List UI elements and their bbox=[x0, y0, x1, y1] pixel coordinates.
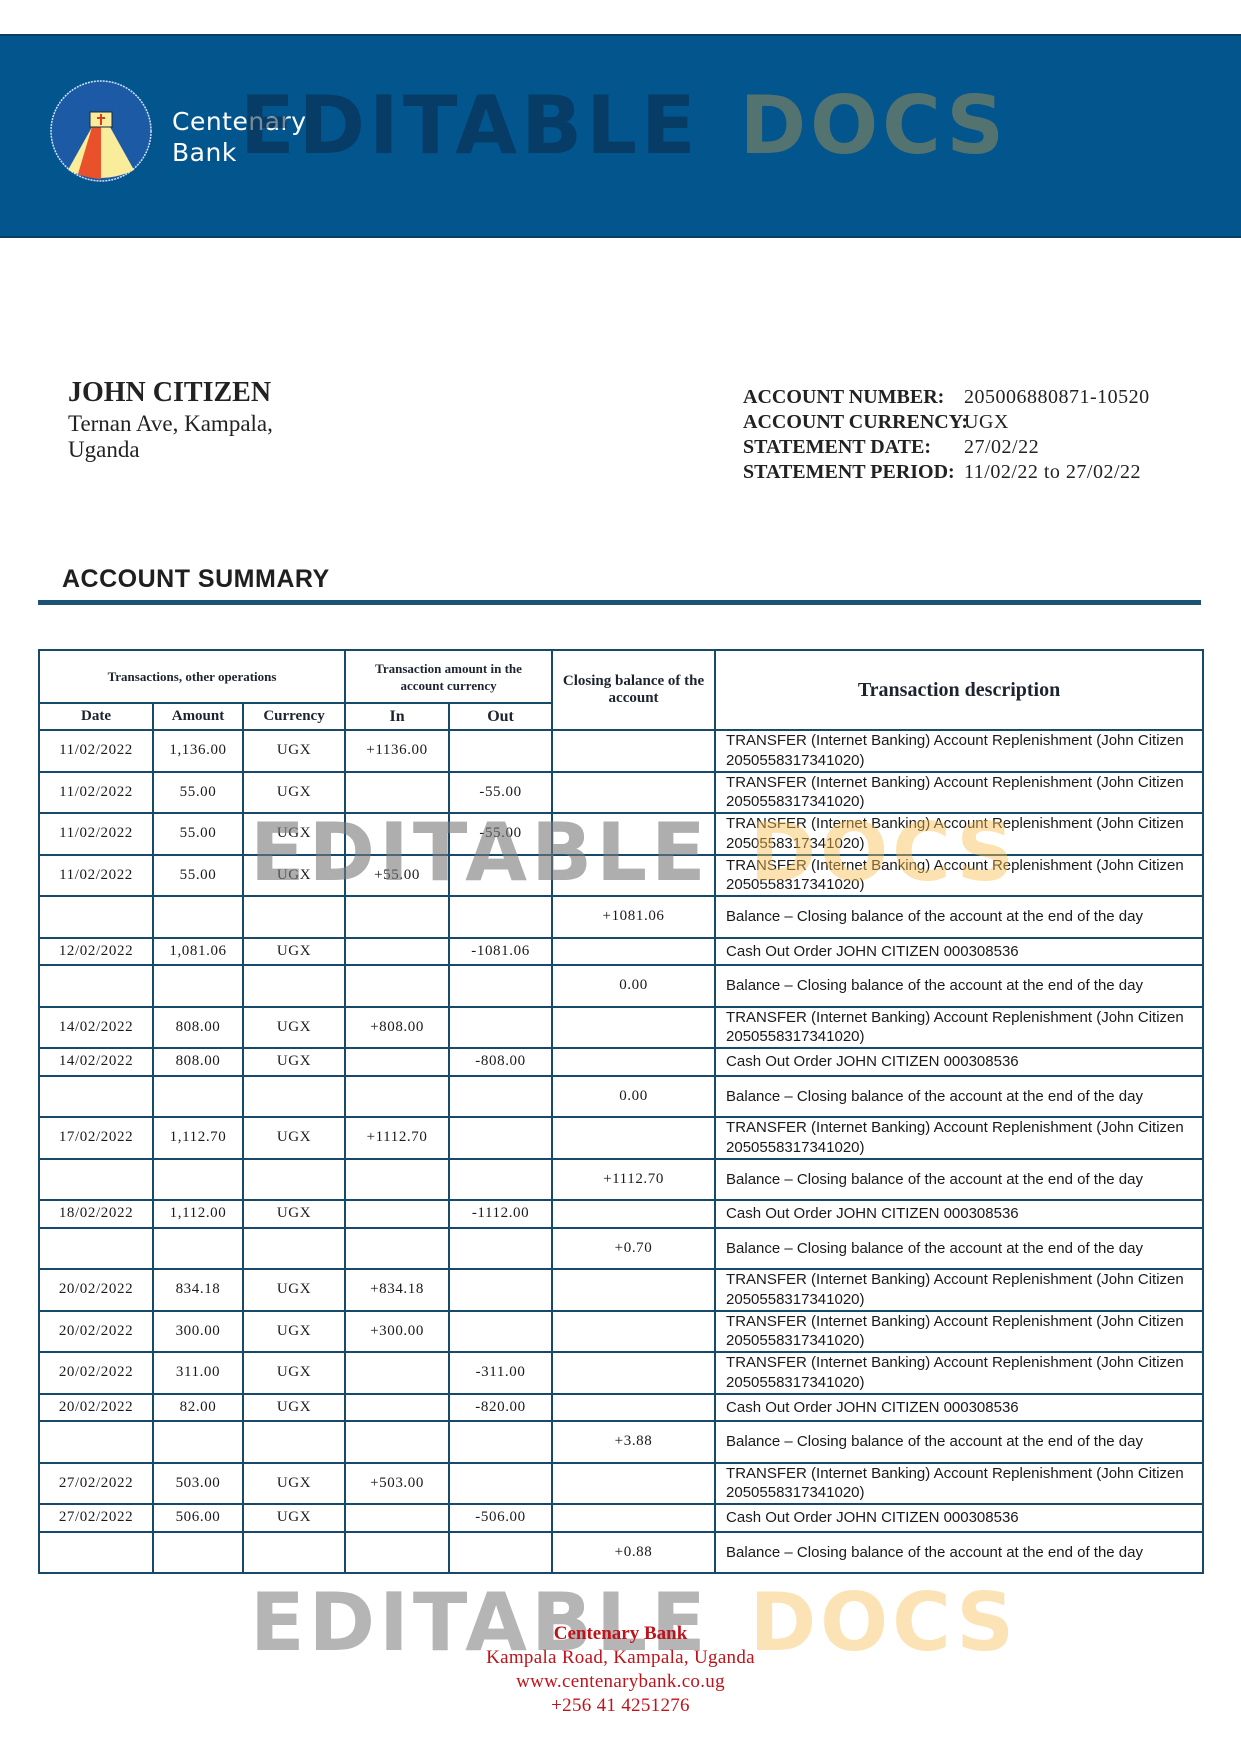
cell-out bbox=[449, 896, 552, 938]
cell-currency bbox=[243, 1159, 345, 1201]
cell-description: TRANSFER (Internet Banking) Account Repl… bbox=[715, 1007, 1203, 1049]
cell-out bbox=[449, 965, 552, 1007]
table-header-row-1: Transactions, other operations Transacti… bbox=[39, 650, 1203, 703]
cell-description: Cash Out Order JOHN CITIZEN 000308536 bbox=[715, 938, 1203, 966]
cell-out bbox=[449, 730, 552, 772]
cell-out bbox=[449, 1311, 552, 1353]
cell-in bbox=[345, 813, 449, 855]
cell-amount: 808.00 bbox=[153, 1007, 243, 1049]
cell-closing: +0.88 bbox=[552, 1532, 715, 1574]
cell-closing bbox=[552, 1504, 715, 1532]
statement-date-value: 27/02/22 bbox=[964, 435, 1039, 460]
cell-currency: UGX bbox=[243, 730, 345, 772]
cell-closing bbox=[552, 1048, 715, 1076]
cell-in bbox=[345, 896, 449, 938]
cell-date bbox=[39, 1076, 153, 1118]
header-description: Transaction description bbox=[715, 650, 1203, 730]
cell-out: -1081.06 bbox=[449, 938, 552, 966]
table-row: 11/02/20221,136.00UGX+1136.00TRANSFER (I… bbox=[39, 730, 1203, 772]
table-row: +1081.06Balance – Closing balance of the… bbox=[39, 896, 1203, 938]
header-out: Out bbox=[449, 703, 552, 730]
cell-in: +834.18 bbox=[345, 1269, 449, 1311]
cell-out: -55.00 bbox=[449, 813, 552, 855]
cell-date: 12/02/2022 bbox=[39, 938, 153, 966]
watermark-word-1: EDITABLE bbox=[240, 79, 700, 172]
cell-amount bbox=[153, 1421, 243, 1463]
cell-date bbox=[39, 1228, 153, 1270]
cell-amount bbox=[153, 965, 243, 1007]
account-details: ACCOUNT NUMBER: 205006880871-10520 ACCOU… bbox=[743, 385, 1150, 485]
cell-amount: 55.00 bbox=[153, 813, 243, 855]
footer-bank-name: Centenary Bank bbox=[0, 1622, 1241, 1646]
cell-out bbox=[449, 1532, 552, 1574]
cell-out bbox=[449, 855, 552, 897]
transactions-body: 11/02/20221,136.00UGX+1136.00TRANSFER (I… bbox=[39, 730, 1203, 1573]
cell-description: TRANSFER (Internet Banking) Account Repl… bbox=[715, 1311, 1203, 1353]
table-row: 14/02/2022808.00UGX+808.00TRANSFER (Inte… bbox=[39, 1007, 1203, 1049]
cell-out: -55.00 bbox=[449, 772, 552, 814]
footer-phone: +256 41 4251276 bbox=[0, 1694, 1241, 1718]
account-currency-label: ACCOUNT CURRENCY: bbox=[743, 410, 964, 435]
table-row: 18/02/20221,112.00UGX-1112.00Cash Out Or… bbox=[39, 1200, 1203, 1228]
statement-period-label: STATEMENT PERIOD: bbox=[743, 460, 964, 485]
cell-currency: UGX bbox=[243, 1504, 345, 1532]
cell-currency: UGX bbox=[243, 1394, 345, 1422]
statement-period-row: STATEMENT PERIOD: 11/02/22 to 27/02/22 bbox=[743, 460, 1150, 485]
cell-amount: 1,081.06 bbox=[153, 938, 243, 966]
cell-out bbox=[449, 1421, 552, 1463]
statement-date-label: STATEMENT DATE: bbox=[743, 435, 964, 460]
cell-currency bbox=[243, 1421, 345, 1463]
cell-description: TRANSFER (Internet Banking) Account Repl… bbox=[715, 855, 1203, 897]
cell-date: 20/02/2022 bbox=[39, 1352, 153, 1394]
cell-date: 27/02/2022 bbox=[39, 1463, 153, 1505]
cell-date: 20/02/2022 bbox=[39, 1311, 153, 1353]
cell-description: Balance – Closing balance of the account… bbox=[715, 896, 1203, 938]
footer: Centenary Bank Kampala Road, Kampala, Ug… bbox=[0, 1622, 1241, 1718]
cell-in bbox=[345, 772, 449, 814]
cell-closing bbox=[552, 772, 715, 814]
cell-in bbox=[345, 1076, 449, 1118]
cell-description: Balance – Closing balance of the account… bbox=[715, 1159, 1203, 1201]
cell-amount: 311.00 bbox=[153, 1352, 243, 1394]
cell-in bbox=[345, 1200, 449, 1228]
header-closing-balance: Closing balance of the account bbox=[552, 650, 715, 730]
cell-currency: UGX bbox=[243, 1311, 345, 1353]
cell-description: Balance – Closing balance of the account… bbox=[715, 965, 1203, 1007]
cell-description: TRANSFER (Internet Banking) Account Repl… bbox=[715, 813, 1203, 855]
account-number-row: ACCOUNT NUMBER: 205006880871-10520 bbox=[743, 385, 1150, 410]
account-currency-value: UGX bbox=[964, 410, 1009, 435]
cell-currency: UGX bbox=[243, 1048, 345, 1076]
address-line-1: Ternan Ave, Kampala, bbox=[68, 411, 273, 437]
cell-currency: UGX bbox=[243, 1117, 345, 1159]
cell-date: 11/02/2022 bbox=[39, 730, 153, 772]
table-row: 27/02/2022506.00UGX-506.00Cash Out Order… bbox=[39, 1504, 1203, 1532]
cell-out: -808.00 bbox=[449, 1048, 552, 1076]
cell-description: Cash Out Order JOHN CITIZEN 000308536 bbox=[715, 1504, 1203, 1532]
table-row: 12/02/20221,081.06UGX-1081.06Cash Out Or… bbox=[39, 938, 1203, 966]
cell-description: Cash Out Order JOHN CITIZEN 000308536 bbox=[715, 1200, 1203, 1228]
cell-closing bbox=[552, 938, 715, 966]
cell-date: 17/02/2022 bbox=[39, 1117, 153, 1159]
cell-currency bbox=[243, 965, 345, 1007]
cell-out: -311.00 bbox=[449, 1352, 552, 1394]
cell-out bbox=[449, 1463, 552, 1505]
cell-in bbox=[345, 1421, 449, 1463]
cell-in: +1112.70 bbox=[345, 1117, 449, 1159]
table-row: 20/02/2022834.18UGX+834.18TRANSFER (Inte… bbox=[39, 1269, 1203, 1311]
watermark-header: EDITABLEDOCS bbox=[240, 86, 1008, 166]
table-row: 27/02/2022503.00UGX+503.00TRANSFER (Inte… bbox=[39, 1463, 1203, 1505]
cell-out bbox=[449, 1228, 552, 1270]
cell-out bbox=[449, 1076, 552, 1118]
cell-closing bbox=[552, 1117, 715, 1159]
cell-amount: 808.00 bbox=[153, 1048, 243, 1076]
cell-out bbox=[449, 1117, 552, 1159]
cell-date: 27/02/2022 bbox=[39, 1504, 153, 1532]
cell-amount: 82.00 bbox=[153, 1394, 243, 1422]
cell-currency: UGX bbox=[243, 1200, 345, 1228]
cell-currency bbox=[243, 896, 345, 938]
cell-amount: 1,112.00 bbox=[153, 1200, 243, 1228]
cell-currency bbox=[243, 1228, 345, 1270]
cell-in bbox=[345, 1352, 449, 1394]
cell-closing bbox=[552, 813, 715, 855]
cell-date: 11/02/2022 bbox=[39, 813, 153, 855]
header-currency: Currency bbox=[243, 703, 345, 730]
account-number-value: 205006880871-10520 bbox=[964, 385, 1150, 410]
cell-description: TRANSFER (Internet Banking) Account Repl… bbox=[715, 730, 1203, 772]
customer-address: Ternan Ave, Kampala, Uganda bbox=[68, 411, 273, 463]
cell-description: TRANSFER (Internet Banking) Account Repl… bbox=[715, 1269, 1203, 1311]
cell-out: -1112.00 bbox=[449, 1200, 552, 1228]
cell-closing bbox=[552, 1463, 715, 1505]
cell-currency bbox=[243, 1532, 345, 1574]
cell-in: +808.00 bbox=[345, 1007, 449, 1049]
cell-closing bbox=[552, 1007, 715, 1049]
cell-date bbox=[39, 1159, 153, 1201]
cell-in bbox=[345, 938, 449, 966]
table-row: +3.88Balance – Closing balance of the ac… bbox=[39, 1421, 1203, 1463]
table-row: 17/02/20221,112.70UGX+1112.70TRANSFER (I… bbox=[39, 1117, 1203, 1159]
cell-amount bbox=[153, 1076, 243, 1118]
table-row: +1112.70Balance – Closing balance of the… bbox=[39, 1159, 1203, 1201]
cell-in bbox=[345, 1504, 449, 1532]
cell-currency: UGX bbox=[243, 1269, 345, 1311]
cell-date: 11/02/2022 bbox=[39, 855, 153, 897]
cell-description: Balance – Closing balance of the account… bbox=[715, 1532, 1203, 1574]
cell-in bbox=[345, 1532, 449, 1574]
header-amount: Amount bbox=[153, 703, 243, 730]
table-row: 0.00Balance – Closing balance of the acc… bbox=[39, 1076, 1203, 1118]
cell-amount bbox=[153, 1159, 243, 1201]
cell-amount: 506.00 bbox=[153, 1504, 243, 1532]
cell-currency: UGX bbox=[243, 1007, 345, 1049]
cell-description: TRANSFER (Internet Banking) Account Repl… bbox=[715, 1463, 1203, 1505]
cell-amount: 503.00 bbox=[153, 1463, 243, 1505]
footer-address: Kampala Road, Kampala, Uganda bbox=[0, 1646, 1241, 1670]
cell-amount: 300.00 bbox=[153, 1311, 243, 1353]
cell-closing: +1112.70 bbox=[552, 1159, 715, 1201]
watermark-word-2: DOCS bbox=[740, 79, 1008, 172]
header-in: In bbox=[345, 703, 449, 730]
cell-date bbox=[39, 965, 153, 1007]
cell-in: +1136.00 bbox=[345, 730, 449, 772]
statement-date-row: STATEMENT DATE: 27/02/22 bbox=[743, 435, 1150, 460]
cell-amount bbox=[153, 1532, 243, 1574]
table-row: 20/02/202282.00UGX-820.00Cash Out Order … bbox=[39, 1394, 1203, 1422]
cell-closing bbox=[552, 1200, 715, 1228]
account-currency-row: ACCOUNT CURRENCY: UGX bbox=[743, 410, 1150, 435]
table-row: 11/02/202255.00UGX-55.00TRANSFER (Intern… bbox=[39, 772, 1203, 814]
cell-amount bbox=[153, 896, 243, 938]
cell-currency: UGX bbox=[243, 1463, 345, 1505]
cell-in: +55.00 bbox=[345, 855, 449, 897]
transactions-table: Transactions, other operations Transacti… bbox=[38, 649, 1204, 1574]
cell-description: Balance – Closing balance of the account… bbox=[715, 1421, 1203, 1463]
cell-closing: 0.00 bbox=[552, 965, 715, 1007]
cell-date: 14/02/2022 bbox=[39, 1007, 153, 1049]
table-row: +0.70Balance – Closing balance of the ac… bbox=[39, 1228, 1203, 1270]
cell-description: Balance – Closing balance of the account… bbox=[715, 1228, 1203, 1270]
statement-period-value: 11/02/22 to 27/02/22 bbox=[964, 460, 1141, 485]
cell-amount: 1,136.00 bbox=[153, 730, 243, 772]
cell-in bbox=[345, 965, 449, 1007]
table-row: 11/02/202255.00UGX-55.00TRANSFER (Intern… bbox=[39, 813, 1203, 855]
cell-date bbox=[39, 1532, 153, 1574]
cell-closing bbox=[552, 1269, 715, 1311]
cell-out bbox=[449, 1007, 552, 1049]
cell-currency bbox=[243, 1076, 345, 1118]
cell-date: 11/02/2022 bbox=[39, 772, 153, 814]
cell-amount: 55.00 bbox=[153, 772, 243, 814]
cell-currency: UGX bbox=[243, 772, 345, 814]
cell-description: TRANSFER (Internet Banking) Account Repl… bbox=[715, 772, 1203, 814]
table-row: 11/02/202255.00UGX+55.00TRANSFER (Intern… bbox=[39, 855, 1203, 897]
cell-date bbox=[39, 1421, 153, 1463]
cell-currency: UGX bbox=[243, 1352, 345, 1394]
cell-in bbox=[345, 1159, 449, 1201]
cell-out bbox=[449, 1269, 552, 1311]
cell-out: -820.00 bbox=[449, 1394, 552, 1422]
table-row: +0.88Balance – Closing balance of the ac… bbox=[39, 1532, 1203, 1574]
table-row: 20/02/2022311.00UGX-311.00TRANSFER (Inte… bbox=[39, 1352, 1203, 1394]
cell-date: 14/02/2022 bbox=[39, 1048, 153, 1076]
cell-date: 18/02/2022 bbox=[39, 1200, 153, 1228]
cell-in: +300.00 bbox=[345, 1311, 449, 1353]
table-row: 14/02/2022808.00UGX-808.00Cash Out Order… bbox=[39, 1048, 1203, 1076]
cell-in bbox=[345, 1228, 449, 1270]
cell-in bbox=[345, 1048, 449, 1076]
section-title: ACCOUNT SUMMARY bbox=[62, 565, 330, 594]
centenary-bank-logo-icon bbox=[48, 78, 154, 184]
header-date: Date bbox=[39, 703, 153, 730]
cell-closing bbox=[552, 1394, 715, 1422]
cell-description: TRANSFER (Internet Banking) Account Repl… bbox=[715, 1352, 1203, 1394]
cell-currency: UGX bbox=[243, 855, 345, 897]
cell-closing bbox=[552, 730, 715, 772]
cell-description: TRANSFER (Internet Banking) Account Repl… bbox=[715, 1117, 1203, 1159]
header-amount-group: Transaction amount in the account curren… bbox=[345, 650, 552, 703]
cell-amount bbox=[153, 1228, 243, 1270]
cell-closing: +1081.06 bbox=[552, 896, 715, 938]
table-row: 20/02/2022300.00UGX+300.00TRANSFER (Inte… bbox=[39, 1311, 1203, 1353]
cell-closing: +3.88 bbox=[552, 1421, 715, 1463]
cell-amount: 834.18 bbox=[153, 1269, 243, 1311]
account-number-label: ACCOUNT NUMBER: bbox=[743, 385, 964, 410]
cell-closing: 0.00 bbox=[552, 1076, 715, 1118]
cell-description: Cash Out Order JOHN CITIZEN 000308536 bbox=[715, 1048, 1203, 1076]
cell-description: Balance – Closing balance of the account… bbox=[715, 1076, 1203, 1118]
cell-date: 20/02/2022 bbox=[39, 1394, 153, 1422]
cell-closing: +0.70 bbox=[552, 1228, 715, 1270]
cell-currency: UGX bbox=[243, 938, 345, 966]
cell-closing bbox=[552, 855, 715, 897]
footer-website-link[interactable]: www.centenarybank.co.ug bbox=[0, 1670, 1241, 1694]
cell-date bbox=[39, 896, 153, 938]
cell-out bbox=[449, 1159, 552, 1201]
section-divider bbox=[38, 600, 1201, 605]
cell-currency: UGX bbox=[243, 813, 345, 855]
cell-out: -506.00 bbox=[449, 1504, 552, 1532]
cell-in: +503.00 bbox=[345, 1463, 449, 1505]
customer-name: JOHN CITIZEN bbox=[68, 377, 271, 409]
cell-closing bbox=[552, 1311, 715, 1353]
cell-in bbox=[345, 1394, 449, 1422]
header-transactions-group: Transactions, other operations bbox=[39, 650, 345, 703]
table-row: 0.00Balance – Closing balance of the acc… bbox=[39, 965, 1203, 1007]
cell-description: Cash Out Order JOHN CITIZEN 000308536 bbox=[715, 1394, 1203, 1422]
cell-amount: 1,112.70 bbox=[153, 1117, 243, 1159]
address-line-2: Uganda bbox=[68, 437, 273, 463]
cell-closing bbox=[552, 1352, 715, 1394]
cell-date: 20/02/2022 bbox=[39, 1269, 153, 1311]
cell-amount: 55.00 bbox=[153, 855, 243, 897]
